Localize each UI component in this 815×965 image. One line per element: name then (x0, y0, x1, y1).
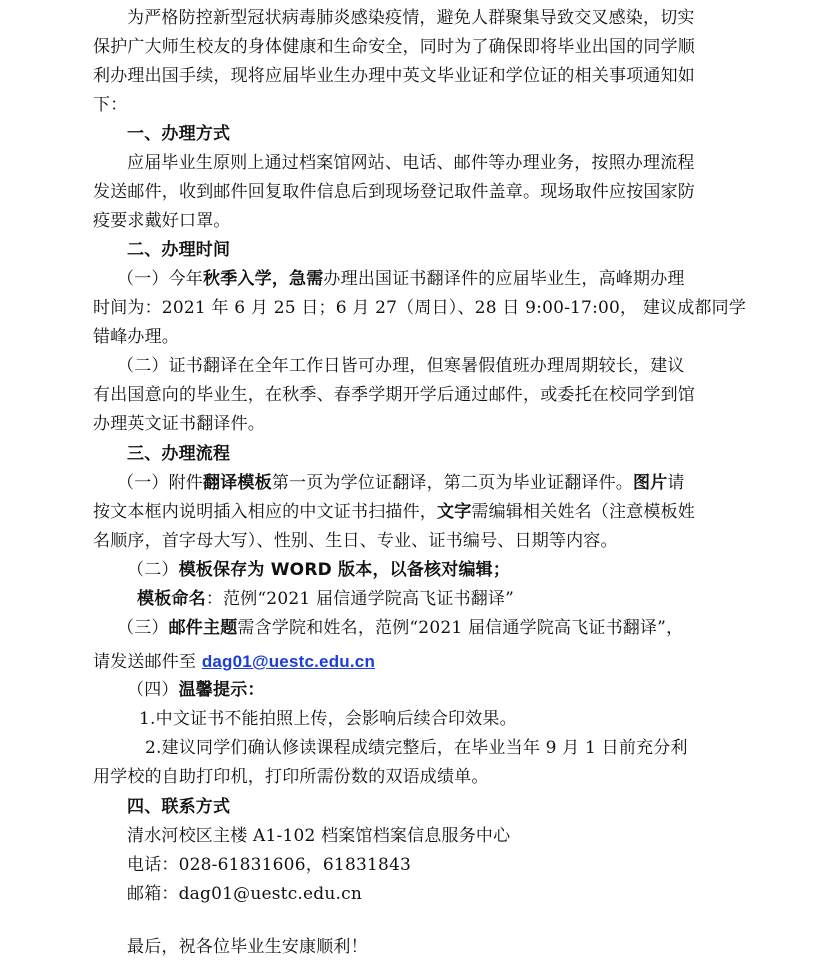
time-item-1-line-2: 时间为：2021 年 6 月 25 日；6 月 27（周日）、28 日 9:00… (93, 294, 746, 323)
tip-1: 1.中文证书不能拍照上传，会影响后续合印效果。 (139, 705, 517, 734)
email-link[interactable]: dag01@uestc.edu.cn (202, 652, 375, 671)
process-item-3-line-1: （三）邮件主题需含学院和姓名，范例“2021 届信通学院高飞证书翻译”， (117, 614, 683, 643)
process-item-3-prefix: （三） (117, 618, 169, 638)
method-line-3: 疫要求戴好口罩。 (93, 207, 231, 236)
section-heading-process: 三、办理流程 (127, 440, 230, 469)
emphasis-friendly-reminder: 温馨提示 (179, 680, 248, 700)
emphasis-urgent: 急需 (289, 269, 323, 289)
time-item-2-line-3: 办理英文证书翻译件。 (93, 410, 265, 439)
time-item-1-prefix: （一）今年 (117, 269, 203, 289)
tip-2-line-2: 用学校的自助打印机，打印所需份数的双语成绩单。 (93, 763, 489, 792)
colon: ： (247, 680, 264, 700)
contact-phone: 电话：028-61831606，61831843 (127, 851, 411, 880)
time-item-2-line-1: （二）证书翻译在全年工作日皆可办理，但寒暑假值班办理周期较长，建议 (117, 352, 685, 381)
time-item-1-line-3: 错峰办理。 (93, 323, 179, 352)
process-item-1-line-2c: 需编辑相关姓名（注意模板姓 (471, 502, 695, 522)
tip-2-line-1: 2.建议同学们确认修读课程成绩完整后，在毕业当年 9 月 1 日前充分利 (145, 734, 688, 763)
contact-address: 清水河校区主楼 A1-102 档案馆档案信息服务中心 (127, 822, 510, 851)
process-item-1-line-2a: 按文本框内说明插入相应的中文证书扫描件， (93, 502, 437, 522)
intro-line-2: 保护广大师生校友的身体健康和生命安全，同时为了确保即将毕业出国的同学顺 (93, 33, 695, 62)
intro-line-4: 下： (93, 91, 127, 120)
section-heading-contact: 四、联系方式 (127, 793, 230, 822)
process-item-1-line-2: 按文本框内说明插入相应的中文证书扫描件，文字需编辑相关姓名（注意模板姓 (93, 498, 695, 527)
emphasis-text: 文字 (437, 502, 471, 522)
template-naming: 模板命名：范例“2021 届信通学院高飞证书翻译” (137, 585, 514, 614)
intro-line-1: 为严格防控新型冠状病毒肺炎感染疫情，避免人群聚集导致交叉感染，切实 (127, 4, 695, 33)
section-heading-method: 一、办理方式 (127, 120, 230, 149)
process-item-1-end: 请 (667, 473, 684, 493)
section-heading-time: 二、办理时间 (127, 236, 230, 265)
contact-email: 邮箱：dag01@uestc.edu.cn (127, 880, 362, 909)
closing-remark: 最后，祝各位毕业生安康顺利！ (127, 933, 368, 962)
time-item-1-line-1: （一）今年秋季入学，急需办理出国证书翻译件的应届毕业生，高峰期办理 (117, 265, 685, 294)
emphasis-image: 图片 (633, 473, 667, 493)
method-line-2: 发送邮件，收到邮件回复取件信息后到现场登记取件盖章。现场取件应按国家防 (93, 178, 695, 207)
intro-line-3: 利办理出国手续，现将应届毕业生办理中英文毕业证和学位证的相关事项通知如 (93, 62, 695, 91)
emphasis-autumn-enrollment: 秋季入学 (203, 269, 272, 289)
emphasis-email-subject: 邮件主题 (169, 618, 238, 638)
process-item-1-prefix: （一）附件 (117, 473, 203, 493)
method-line-1: 应届毕业生原则上通过档案馆网站、电话、邮件等办理业务，按照办理流程 (127, 149, 695, 178)
process-item-4: （四）温馨提示： (127, 676, 265, 705)
process-item-1-line-3: 名顺序，首字母大写）、性别、生日、专业、证书编号、日期等内容。 (93, 527, 618, 556)
time-item-1-rest: 办理出国证书翻译件的应届毕业生，高峰期办理 (323, 269, 684, 289)
comma: ， (272, 269, 289, 289)
process-item-1-text: 第一页为学位证翻译，第二页为毕业证翻译件。 (272, 473, 633, 493)
process-item-3-line-2: 请发送邮件至 dag01@uestc.edu.cn (93, 647, 375, 676)
process-item-2: （二）模板保存为 WORD 版本，以备核对编辑； (127, 556, 510, 585)
send-email-to-text: 请发送邮件至 (93, 652, 202, 672)
emphasis-save-as-word: 模板保存为 WORD 版本，以备核对编辑； (179, 560, 510, 580)
template-naming-label: 模板命名 (137, 589, 206, 609)
time-item-2-line-2: 有出国意向的毕业生，在秋季、春季学期开学后通过邮件，或委托在校同学到馆 (93, 381, 695, 410)
emphasis-translation-template: 翻译模板 (203, 473, 272, 493)
process-item-2-prefix: （二） (127, 560, 179, 580)
process-item-1-line-1: （一）附件翻译模板第一页为学位证翻译，第二页为毕业证翻译件。图片请 (117, 469, 685, 498)
process-item-4-prefix: （四） (127, 680, 179, 700)
process-item-3-text: 需含学院和姓名，范例“2021 届信通学院高飞证书翻译”， (237, 618, 683, 638)
template-naming-example: ：范例“2021 届信通学院高飞证书翻译” (206, 589, 514, 609)
